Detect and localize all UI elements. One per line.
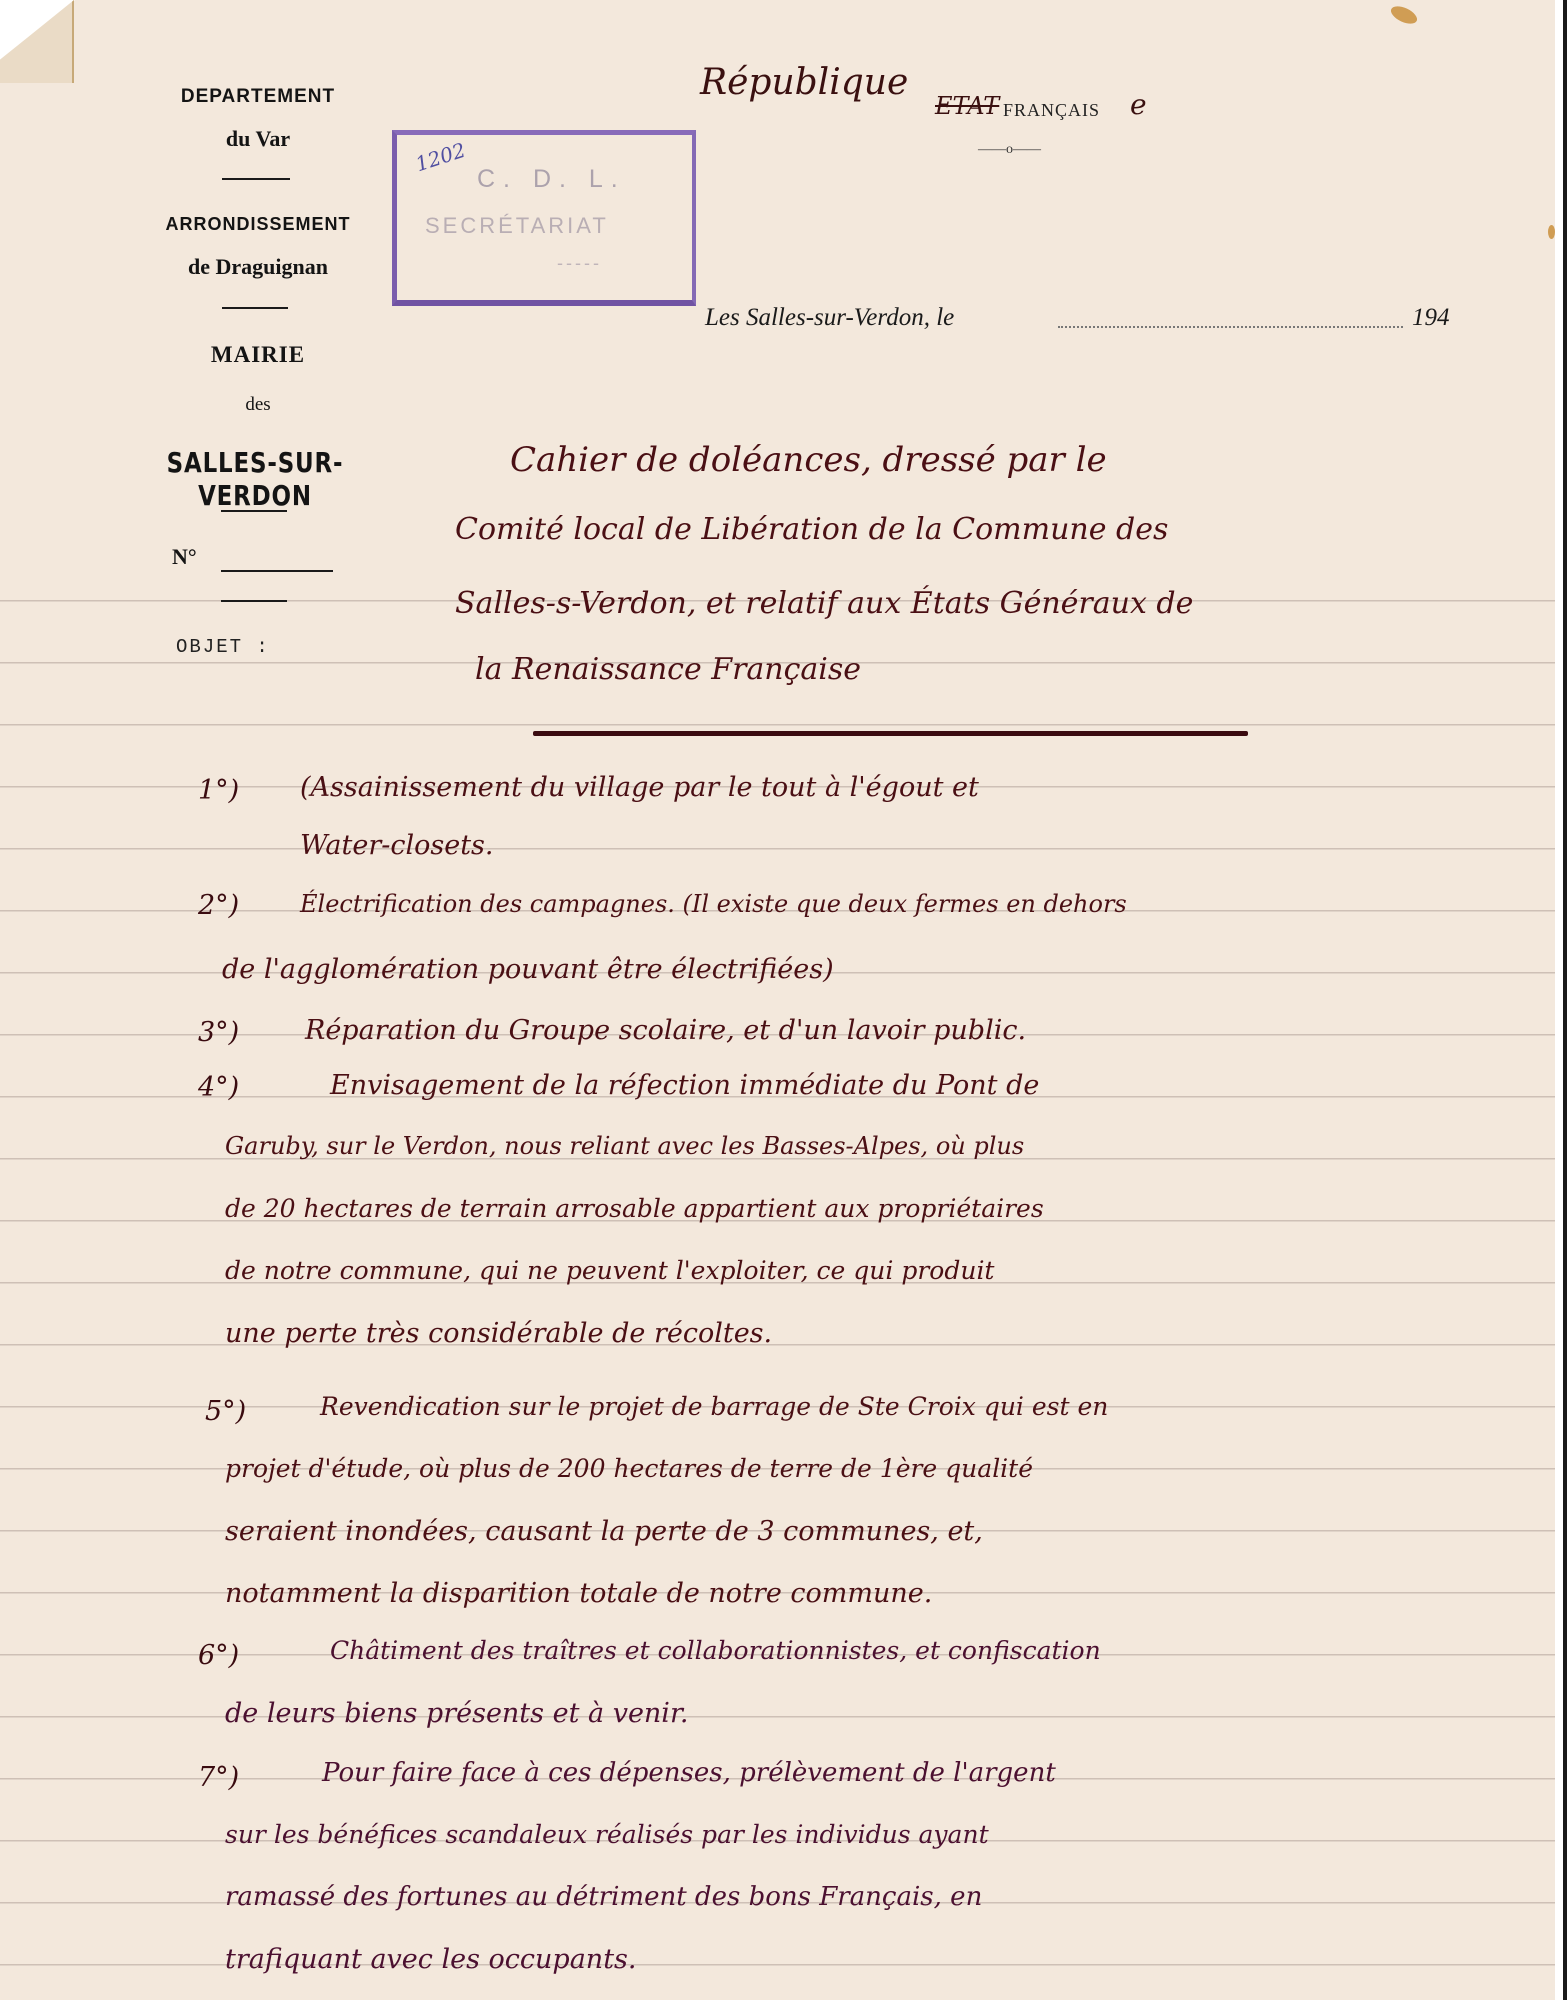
cdl-secretariat-stamp: 1202 C. D. L. SECRÉTARIAT -----: [392, 130, 696, 306]
header-ornament: ——o——: [978, 142, 1041, 158]
item-number: 5°): [205, 1396, 246, 1427]
arrondissement-name: de Draguignan: [128, 254, 388, 280]
item-line: Réparation du Groupe scolaire, et d'un l…: [305, 1015, 1026, 1046]
title-line: Comité local de Libération de la Commune…: [455, 512, 1168, 547]
item-number: 3°): [198, 1017, 239, 1048]
objet-label: OBJET :: [176, 636, 270, 658]
item-line: Envisagement de la réfection immédiate d…: [330, 1070, 1039, 1101]
item-line: (Assainissement du village par le tout à…: [300, 772, 979, 803]
number-field-line: [221, 570, 333, 572]
item-line: de l'agglomération pouvant être électrif…: [222, 954, 834, 985]
divider: [222, 307, 288, 309]
item-number: 1°): [198, 775, 239, 806]
item-line: notamment la disparition totale de notre…: [225, 1578, 932, 1609]
item-line: de 20 hectares de terrain arrosable appa…: [225, 1194, 1044, 1223]
stamp-line-cdl: C. D. L.: [477, 165, 626, 194]
commune-name: SALLES-SUR-VERDON: [112, 446, 399, 512]
item-line: de leurs biens présents et à venir.: [225, 1698, 688, 1729]
arrondissement-label: ARRONDISSEMENT: [138, 214, 378, 235]
item-line: Revendication sur le projet de barrage d…: [320, 1392, 1108, 1421]
department-name: du Var: [128, 126, 388, 152]
republique-handwritten: République: [700, 62, 908, 103]
francais-suffix-handwritten: e: [1130, 88, 1147, 121]
place-date-line: Les Salles-sur-Verdon, le: [705, 304, 954, 332]
stamp-line-faded: -----: [557, 253, 602, 274]
francais-printed: FRANÇAIS: [1003, 100, 1100, 121]
item-line: projet d'étude, où plus de 200 hectares …: [225, 1454, 1033, 1483]
paper-stain: [1388, 3, 1419, 28]
item-line: Châtiment des traîtres et collaborationn…: [330, 1636, 1101, 1665]
item-number: 2°): [198, 890, 239, 921]
date-dotted-line: [1058, 326, 1403, 328]
scan-margin: [1555, 0, 1563, 2000]
year-printed: 194: [1412, 304, 1450, 332]
divider: [222, 178, 290, 180]
title-line: Salles-s-Verdon, et relatif aux États Gé…: [455, 586, 1193, 621]
item-line: trafiquant avec les occupants.: [225, 1944, 637, 1975]
scan-border: [1563, 0, 1567, 2000]
number-label: N°: [172, 544, 197, 570]
mairie-des: des: [128, 394, 388, 416]
item-line: Électrification des campagnes. (Il exist…: [300, 890, 1127, 918]
item-line: seraient inondées, causant la perte de 3…: [225, 1516, 983, 1547]
department-label: DEPARTEMENT: [128, 86, 388, 108]
item-line: sur les bénéfices scandaleux réalisés pa…: [225, 1820, 989, 1849]
title-underline: [533, 731, 1248, 736]
item-number: 4°): [198, 1072, 239, 1103]
stamp-handwritten-number: 1202: [413, 138, 469, 177]
document-page: DEPARTEMENT du Var ARRONDISSEMENT de Dra…: [0, 0, 1555, 2000]
item-line: une perte très considérable de récoltes.: [225, 1318, 772, 1349]
divider: [221, 510, 287, 512]
struck-word: ETAT: [935, 92, 999, 120]
stamp-line-secretariat: SECRÉTARIAT: [425, 213, 609, 239]
item-line: Pour faire face à ces dépenses, prélèvem…: [322, 1758, 1056, 1788]
item-number: 7°): [198, 1762, 239, 1793]
item-line: ramassé des fortunes au détriment des bo…: [225, 1882, 982, 1912]
divider: [221, 600, 287, 602]
mairie-label: MAIRIE: [128, 342, 388, 368]
paper-stain: [1548, 225, 1555, 239]
item-line: de notre commune, qui ne peuvent l'explo…: [225, 1256, 994, 1285]
title-line: Cahier de doléances, dressé par le: [510, 440, 1107, 480]
item-number: 6°): [198, 1640, 239, 1671]
item-line: Water-closets.: [300, 830, 494, 861]
item-line: Garuby, sur le Verdon, nous reliant avec…: [225, 1132, 1024, 1160]
title-line: la Renaissance Française: [475, 652, 861, 687]
